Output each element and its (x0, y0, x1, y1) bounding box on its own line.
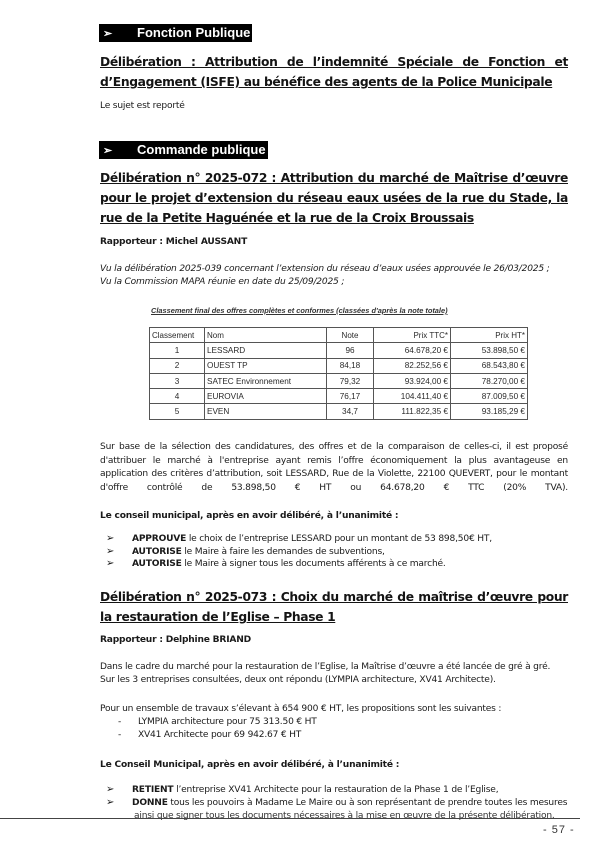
column-header: Note (327, 328, 374, 343)
proposal-item: -XV41 Architecte pour 69 942.67 € HT (118, 729, 317, 742)
column-header: Prix HT* (451, 328, 528, 343)
continuation-text: ainsi que signer tous les documents néce… (134, 811, 555, 821)
award-proposal-text: Sur base de la sélection des candidature… (100, 441, 568, 495)
proposals-intro: Pour un ensemble de travaux s’élevant à … (100, 703, 570, 716)
section-label: Fonction Publique (137, 25, 252, 40)
visa-2: Vu la Commission MAPA réunie en date du … (100, 276, 570, 289)
table-cell: 104.411,40 € (374, 389, 451, 404)
decision-item: ➢APPROUVE le choix de l’entreprise LESSA… (106, 533, 576, 546)
table-cell: EVEN (205, 404, 327, 419)
arrow-bullet-icon: ➢ (99, 25, 137, 43)
table-cell: 68.543,80 € (451, 358, 528, 373)
table-cell: OUEST TP (205, 358, 327, 373)
table-cell: 96 (327, 343, 374, 358)
table-cell: 64.678,20 € (374, 343, 451, 358)
table-cell: 2 (150, 358, 205, 373)
visa-1: Vu la délibération 2025-039 concernant l… (100, 263, 570, 276)
status-text: Le sujet est reporté (100, 100, 570, 113)
table-cell: 93.924,00 € (374, 373, 451, 388)
decision-item: ➢AUTORISE le Maire à signer tous les doc… (106, 558, 576, 571)
arrow-bullet-icon: ➢ (99, 142, 137, 160)
table-row: 5EVEN34,7111.822,35 €93.185,29 € (150, 404, 528, 419)
table-row: 3SATEC Environnement79,3293.924,00 €78.2… (150, 373, 528, 388)
arrow-bullet-icon: ➢ (106, 546, 114, 559)
table-row: 4EUROVIA76,17104.411,40 €87.009,50 € (150, 389, 528, 404)
page-number: - 57 - (543, 824, 575, 836)
table-row: 2OUEST TP84,1882.252,56 €68.543,80 € (150, 358, 528, 373)
rapporteur: Rapporteur : Delphine BRIAND (100, 634, 570, 647)
section-label: Commande publique (137, 142, 268, 157)
table-cell: 79,32 (327, 373, 374, 388)
context-text-1: Dans le cadre du marché pour la restaura… (100, 661, 570, 674)
table-cell: EUROVIA (205, 389, 327, 404)
ranking-table: Classement Nom Note Prix TTC* Prix HT* 1… (149, 327, 528, 420)
arrow-bullet-icon: ➢ (106, 533, 114, 546)
document-page: ➢Fonction Publique Délibération : Attrib… (0, 0, 595, 842)
dash-bullet: - (118, 716, 121, 729)
arrow-bullet-icon: ➢ (106, 797, 114, 810)
proposal-item: -LYMPIA architecture pour 75 313.50 € HT (118, 716, 317, 729)
council-intro: Le conseil municipal, après en avoir dél… (100, 510, 570, 523)
deliberation-title-isfe: Délibération : Attribution de l’indemnit… (100, 52, 568, 92)
proposals-list: -LYMPIA architecture pour 75 313.50 € HT… (118, 716, 317, 742)
table-cell: 78.270,00 € (451, 373, 528, 388)
deliberation-title-2025-073: Délibération n° 2025-073 : Choix du marc… (100, 587, 568, 627)
table-cell: 3 (150, 373, 205, 388)
table-cell: 111.822,35 € (374, 404, 451, 419)
table-cell: 1 (150, 343, 205, 358)
dash-bullet: - (118, 729, 121, 742)
section-banner-commande-publique: ➢Commande publique (99, 141, 268, 159)
table-row: 1LESSARD9664.678,20 €53.898,50 € (150, 343, 528, 358)
column-header: Classement (150, 328, 205, 343)
page-separator-line (0, 818, 580, 819)
deliberation-title-2025-072: Délibération n° 2025-072 : Attribution d… (100, 168, 568, 228)
council-intro: Le Conseil Municipal, après en avoir dél… (100, 759, 570, 772)
table-cell: SATEC Environnement (205, 373, 327, 388)
table-cell: 53.898,50 € (451, 343, 528, 358)
decisions-list-072: ➢APPROUVE le choix de l’entreprise LESSA… (106, 533, 576, 571)
context-text-2: Sur les 3 entreprises consultées, deux o… (100, 674, 570, 687)
table-cell: 5 (150, 404, 205, 419)
arrow-bullet-icon: ➢ (106, 784, 114, 797)
table-cell: 93.185,29 € (451, 404, 528, 419)
decision-item: ➢RETIENT l’entreprise XV41 Architecte po… (106, 784, 576, 797)
decisions-list-073: ➢RETIENT l’entreprise XV41 Architecte po… (106, 784, 576, 809)
table-header-row: Classement Nom Note Prix TTC* Prix HT* (150, 328, 528, 343)
table-cell: 4 (150, 389, 205, 404)
table-cell: 87.009,50 € (451, 389, 528, 404)
decision-item: ➢DONNE tous les pouvoirs à Madame Le Mai… (106, 797, 576, 810)
column-header: Prix TTC* (374, 328, 451, 343)
rapporteur: Rapporteur : Michel AUSSANT (100, 236, 570, 249)
table-cell: 76,17 (327, 389, 374, 404)
table-cell: 34,7 (327, 404, 374, 419)
table-cell: 82.252,56 € (374, 358, 451, 373)
decision-item: ➢AUTORISE le Maire à faire les demandes … (106, 546, 576, 559)
table-cell: 84,18 (327, 358, 374, 373)
column-header: Nom (205, 328, 327, 343)
section-banner-fonction-publique: ➢Fonction Publique (99, 24, 252, 42)
arrow-bullet-icon: ➢ (106, 558, 114, 571)
table-caption: Classement final des offres complètes et… (151, 306, 517, 315)
table-cell: LESSARD (205, 343, 327, 358)
